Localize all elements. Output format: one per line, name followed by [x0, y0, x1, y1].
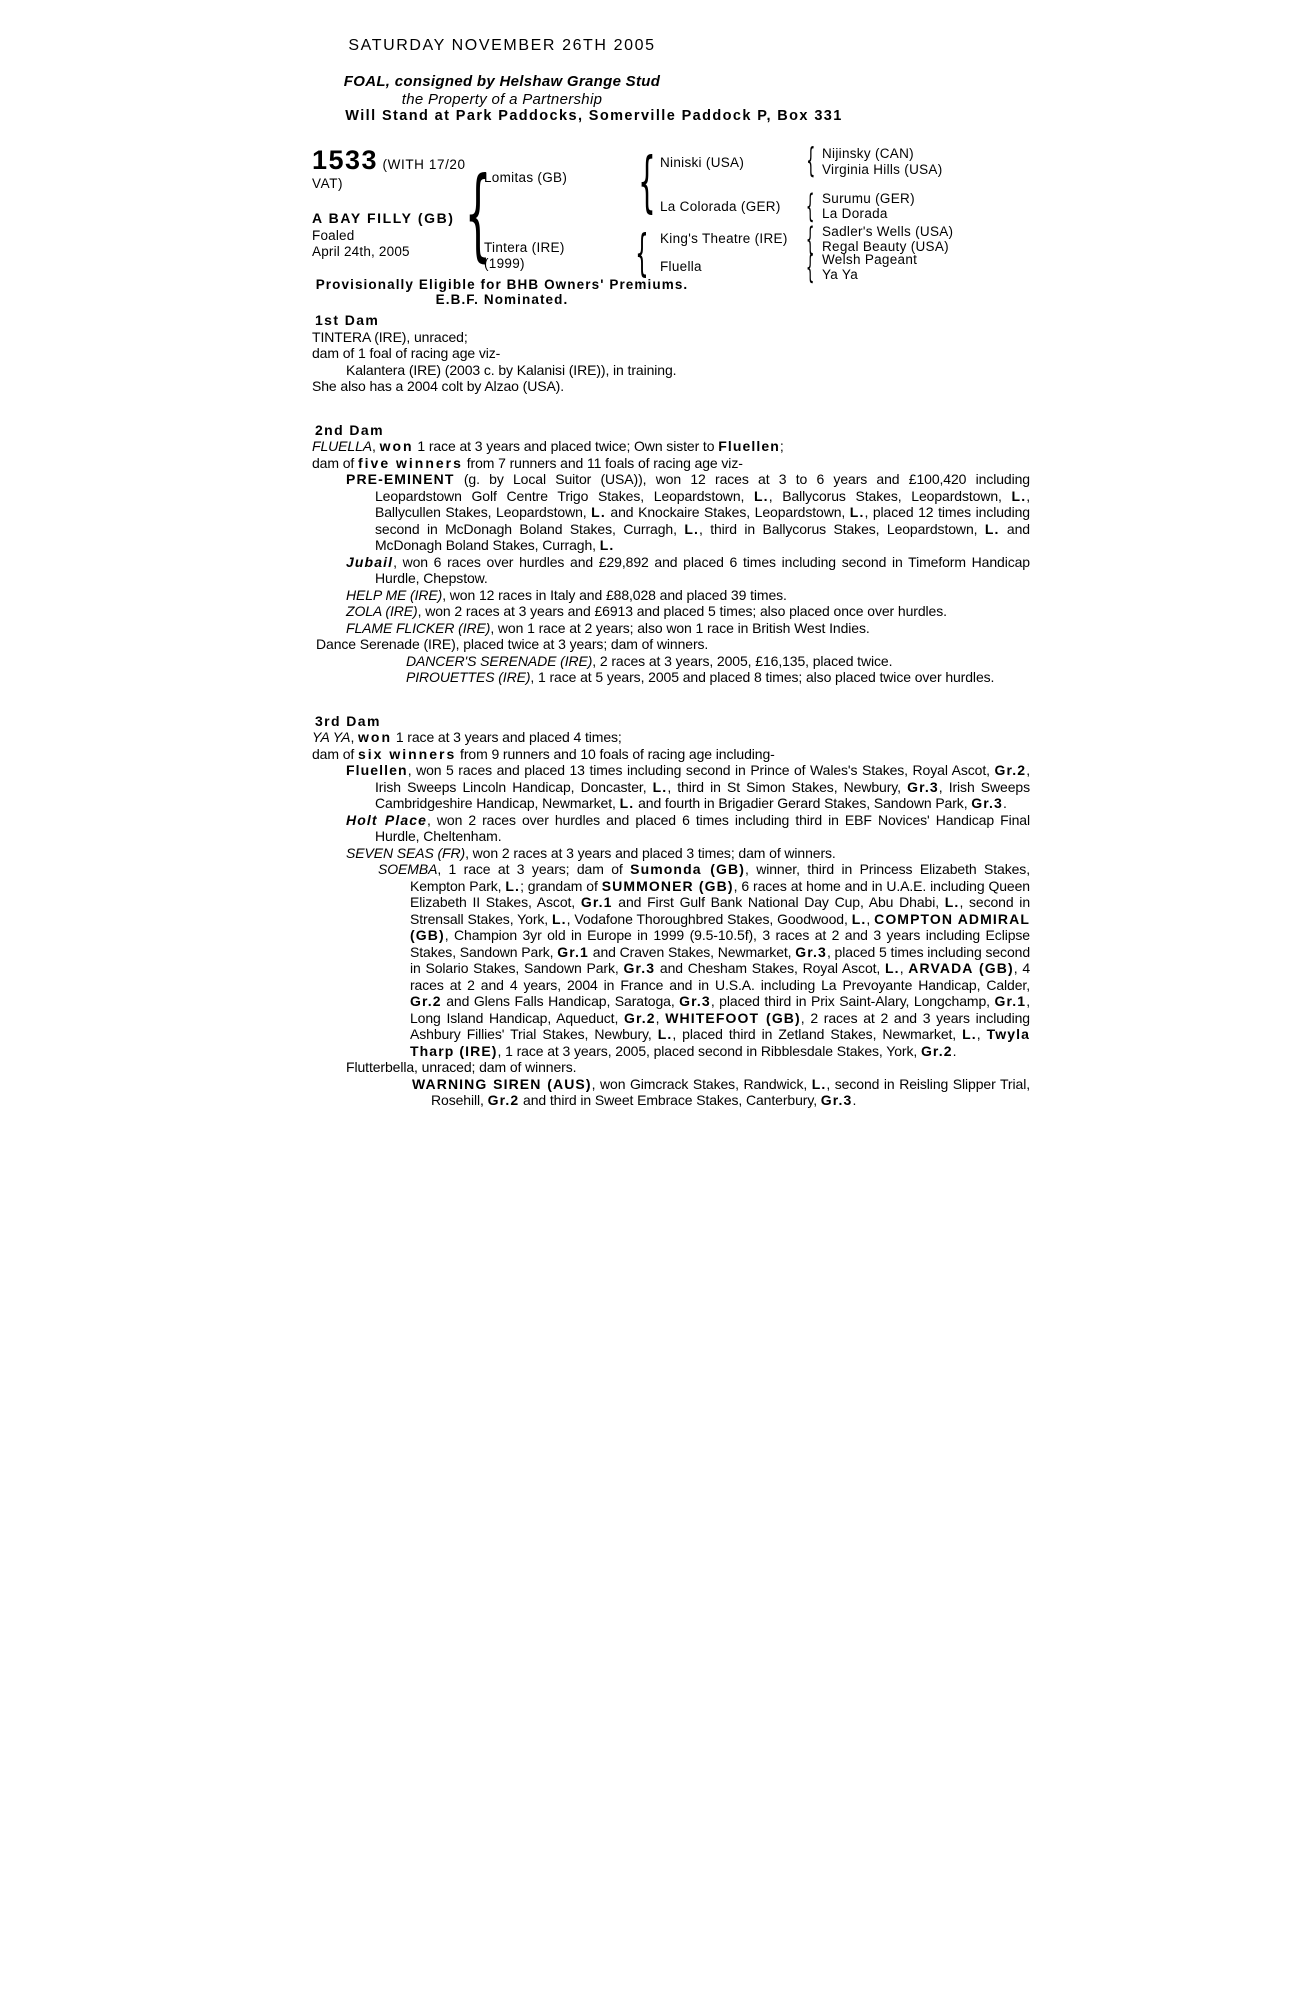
emphasized-text: PIROUETTES (IRE) [406, 669, 530, 685]
emphasized-text: L. [653, 779, 668, 795]
body-text: and Glens Falls Handicap, Saratoga, [442, 993, 680, 1009]
emphasized-text: six winners [358, 746, 456, 762]
dam-section: 1st DamTINTERA (IRE), unraced;dam of 1 f… [312, 312, 1030, 395]
emphasized-text: L. [505, 878, 520, 894]
dam-section: 3rd DamYA YA, won 1 race at 3 years and … [312, 713, 1030, 1109]
body-text: from 7 runners and 11 foals of racing ag… [463, 455, 743, 471]
body-text: Dance Serenade (IRE), placed twice at 3 … [316, 636, 708, 652]
body-text: , won 12 races in Italy and £88,028 and … [442, 587, 787, 603]
produce-paragraph: WARNING SIREN (AUS), won Gimcrack Stakes… [312, 1076, 1030, 1109]
produce-paragraph: SEVEN SEAS (FR), won 2 races at 3 years … [312, 845, 1030, 862]
produce-sections: 1st DamTINTERA (IRE), unraced;dam of 1 f… [312, 306, 1030, 1109]
body-text: , 2 races at 3 years, 2005, £16,135, pla… [592, 653, 892, 669]
produce-paragraph: Jubail, won 6 races over hurdles and £29… [312, 554, 1030, 587]
body-text: , 1 race at 5 years, 2005 and placed 8 t… [530, 669, 994, 685]
body-text: She also has a 2004 colt by Alzao (USA). [312, 378, 564, 394]
stabling-location-line: Will Stand at Park Paddocks, Somerville … [244, 108, 944, 124]
emphasized-text: FLAME FLICKER (IRE) [346, 620, 490, 636]
emphasized-text: L. [684, 521, 699, 537]
emphasized-text: L. [620, 795, 635, 811]
body-text: from 9 runners and 10 foals of racing ag… [456, 746, 774, 762]
emphasized-text: Gr.2 [995, 762, 1027, 778]
produce-paragraph: FLUELLA, won 1 race at 3 years and place… [312, 438, 1030, 455]
pedigree-sire-sire-dam: Virginia Hills (USA) [822, 162, 943, 177]
pedigree-sire-dam: La Colorada (GER) [660, 199, 781, 214]
emphasized-text: WARNING SIREN (AUS) [412, 1076, 592, 1092]
emphasized-text: won [358, 729, 392, 745]
body-text: and Chesham Stakes, Royal Ascot, [655, 960, 885, 976]
catalogue-page: { "header": { "date_line": "SATURDAY NOV… [0, 0, 1290, 2000]
pedigree-sire-sire-sire: Nijinsky (CAN) [822, 146, 914, 161]
lot-number: 1533 [312, 145, 378, 175]
body-text: and Craven Stakes, Newmarket, [589, 944, 795, 960]
emphasized-text: L. [962, 1026, 977, 1042]
bhb-eligibility-line: Provisionally Eligible for BHB Owners' P… [152, 277, 852, 292]
sale-date-heading: SATURDAY NOVEMBER 26TH 2005 [152, 37, 852, 55]
lot-description: A BAY FILLY (GB) [312, 210, 455, 226]
produce-paragraph: PIROUETTES (IRE), 1 race at 5 years, 200… [312, 669, 1030, 686]
pedigree-sire-dam-sire: Surumu (GER) [822, 191, 915, 206]
emphasized-text: FLUELLA [312, 438, 372, 454]
body-text: , won 1 race at 2 years; also won 1 race… [490, 620, 869, 636]
produce-paragraph: Holt Place, won 2 races over hurdles and… [312, 812, 1030, 845]
produce-paragraph: ZOLA (IRE), won 2 races at 3 years and £… [312, 603, 1030, 620]
body-text: , [372, 438, 380, 454]
body-text: dam of [312, 746, 358, 762]
produce-paragraph: DANCER'S SERENADE (IRE), 2 races at 3 ye… [312, 653, 1030, 670]
emphasized-text: Sumonda (GB) [630, 861, 745, 877]
body-text: , third in St Simon Stakes, Newbury, [667, 779, 907, 795]
emphasized-text: L. [591, 504, 606, 520]
produce-paragraph: YA YA, won 1 race at 3 years and placed … [312, 729, 1030, 746]
body-text: ; grandam of [520, 878, 602, 894]
pedigree-dam-dam: Fluella [660, 259, 702, 274]
body-text: and fourth in Brigadier Gerard Stakes, S… [634, 795, 971, 811]
emphasized-text: Gr.1 [581, 894, 613, 910]
body-text: , Vodafone Thoroughbred Stakes, Goodwood… [567, 911, 852, 927]
body-text: . [1003, 795, 1007, 811]
section-heading: 2nd Dam [312, 422, 1030, 439]
body-text: , [350, 729, 358, 745]
body-text: and First Gulf Bank National Day Cup, Ab… [613, 894, 945, 910]
dam-section: 2nd DamFLUELLA, won 1 race at 3 years an… [312, 422, 1030, 686]
body-text: , third in Ballycorus Stakes, Leopardsto… [699, 521, 985, 537]
ebf-nominated-line: E.B.F. Nominated. [152, 292, 852, 307]
pedigree-dam-sire-sire: Sadler's Wells (USA) [822, 224, 953, 239]
section-heading: 3rd Dam [312, 713, 1030, 730]
emphasized-text: SUMMONER (GB) [602, 878, 734, 894]
emphasized-text: Gr.3 [679, 993, 711, 1009]
emphasized-text: L. [852, 911, 867, 927]
body-text: . [852, 1092, 856, 1108]
body-text: 1 race at 3 years and placed 4 times; [392, 729, 622, 745]
body-text: , won 2 races at 3 years and £6913 and p… [418, 603, 947, 619]
produce-paragraph: Kalantera (IRE) (2003 c. by Kalanisi (IR… [312, 362, 1030, 379]
body-text: Kalantera (IRE) (2003 c. by Kalanisi (IR… [346, 362, 676, 378]
body-text: dam of [312, 455, 358, 471]
property-line: the Property of a Partnership [152, 91, 852, 108]
emphasized-text: Fluellen [346, 762, 408, 778]
emphasized-text: Fluellen [718, 438, 780, 454]
consignor-line: FOAL, consigned by Helshaw Grange Stud [152, 73, 852, 90]
produce-paragraph: dam of six winners from 9 runners and 10… [312, 746, 1030, 763]
emphasized-text: L. [812, 1076, 827, 1092]
body-text: , placed third in Prix Saint-Alary, Long… [711, 993, 995, 1009]
emphasized-text: ZOLA (IRE) [346, 603, 418, 619]
emphasized-text: L. [850, 504, 865, 520]
pedigree-dam-sire: King's Theatre (IRE) [660, 231, 788, 246]
body-text: , [900, 960, 909, 976]
pedigree-brace-sire-group: { [638, 146, 656, 218]
emphasized-text: Holt Place [346, 812, 427, 828]
pedigree-sire-sire: Niniski (USA) [660, 155, 744, 170]
emphasized-text: Jubail [346, 554, 393, 570]
produce-paragraph: Dance Serenade (IRE), placed twice at 3 … [312, 636, 1030, 653]
pedigree-dam: Tintera (IRE) [484, 240, 565, 255]
produce-paragraph: Fluellen, won 5 races and placed 13 time… [312, 762, 1030, 812]
body-text: , [977, 1026, 987, 1042]
emphasized-text: L. [945, 894, 960, 910]
foaled-label: Foaled [312, 228, 354, 243]
body-text: ; [780, 438, 784, 454]
emphasized-text: Gr.3 [623, 960, 655, 976]
emphasized-text: DANCER'S SERENADE (IRE) [406, 653, 592, 669]
produce-paragraph: HELP ME (IRE), won 12 races in Italy and… [312, 587, 1030, 604]
emphasized-text: Gr.2 [488, 1092, 520, 1108]
emphasized-text: Gr.2 [410, 993, 442, 1009]
produce-paragraph: She also has a 2004 colt by Alzao (USA). [312, 378, 1030, 395]
body-text: Flutterbella, unraced; dam of winners. [346, 1059, 576, 1075]
body-text: , [866, 911, 874, 927]
pedigree-brace-dam-group: { [635, 226, 648, 280]
body-text: TINTERA (IRE), unraced; [312, 329, 468, 345]
body-text: , won 2 races at 3 years and placed 3 ti… [465, 845, 836, 861]
body-text: , won 2 races over hurdles and placed 6 … [375, 812, 1030, 845]
emphasized-text: L. [885, 960, 900, 976]
emphasized-text: L. [985, 521, 1000, 537]
pedigree-dam-dam-sire: Welsh Pageant [822, 252, 917, 267]
emphasized-text: Gr.2 [624, 1010, 656, 1026]
emphasized-text: L. [1012, 488, 1027, 504]
emphasized-text: won [380, 438, 414, 454]
body-text: , won 5 races and placed 13 times includ… [408, 762, 995, 778]
emphasized-text: Gr.3 [821, 1092, 853, 1108]
emphasized-text: Gr.3 [795, 944, 827, 960]
produce-paragraph: Flutterbella, unraced; dam of winners. [312, 1059, 1030, 1076]
pedigree-dam-year: (1999) [484, 256, 525, 271]
body-text: , placed third in Zetland Stakes, Newmar… [672, 1026, 962, 1042]
emphasized-text: Gr.1 [557, 944, 589, 960]
body-text: , won Gimcrack Stakes, Randwick, [592, 1076, 812, 1092]
produce-paragraph: SOEMBA, 1 race at 3 years; dam of Sumond… [312, 861, 1030, 1059]
lot-block: 1533 (WITH 17/20 VAT) [312, 146, 472, 193]
body-text: , 1 race at 3 years, 2005, placed second… [498, 1043, 921, 1059]
produce-paragraph: FLAME FLICKER (IRE), won 1 race at 2 yea… [312, 620, 1030, 637]
emphasized-text: Gr.2 [921, 1043, 953, 1059]
emphasized-text: WHITEFOOT (GB) [665, 1010, 801, 1026]
emphasized-text: Gr.3 [971, 795, 1003, 811]
pedigree-brace-sire-dam: { [806, 188, 815, 224]
emphasized-text: L. [600, 537, 615, 553]
produce-paragraph: TINTERA (IRE), unraced; [312, 329, 1030, 346]
produce-paragraph: dam of 1 foal of racing age viz- [312, 345, 1030, 362]
emphasized-text: five winners [358, 455, 463, 471]
produce-paragraph: PRE-EMINENT (g. by Local Suitor (USA)), … [312, 471, 1030, 554]
body-text: . [953, 1043, 957, 1059]
emphasized-text: L. [658, 1026, 673, 1042]
emphasized-text: SOEMBA [378, 861, 437, 877]
body-text: , Ballycorus Stakes, Leopardstown, [769, 488, 1012, 504]
emphasized-text: YA YA [312, 729, 350, 745]
emphasized-text: L. [754, 488, 769, 504]
body-text: , won 6 races over hurdles and £29,892 a… [375, 554, 1030, 587]
pedigree-sire: Lomitas (GB) [484, 170, 567, 185]
emphasized-text: PRE-EMINENT [346, 471, 455, 487]
body-text: dam of 1 foal of racing age viz- [312, 345, 500, 361]
emphasized-text: HELP ME (IRE) [346, 587, 442, 603]
emphasized-text: SEVEN SEAS (FR) [346, 845, 465, 861]
pedigree-sire-dam-dam: La Dorada [822, 206, 888, 221]
emphasized-text: Gr.1 [995, 993, 1027, 1009]
section-heading: 1st Dam [312, 312, 1030, 329]
body-text: , 1 race at 3 years; dam of [437, 861, 630, 877]
body-text: , [656, 1010, 666, 1026]
body-text: and third in Sweet Embrace Stakes, Cante… [519, 1092, 821, 1108]
body-text: and Knockaire Stakes, Leopardstown, [606, 504, 850, 520]
pedigree-brace-sire-sire: { [806, 142, 815, 180]
emphasized-text: L. [552, 911, 567, 927]
foaled-date: April 24th, 2005 [312, 244, 410, 259]
produce-paragraph: dam of five winners from 7 runners and 1… [312, 455, 1030, 472]
emphasized-text: ARVADA (GB) [908, 960, 1013, 976]
body-text: 1 race at 3 years and placed twice; Own … [414, 438, 719, 454]
emphasized-text: Gr.3 [907, 779, 939, 795]
